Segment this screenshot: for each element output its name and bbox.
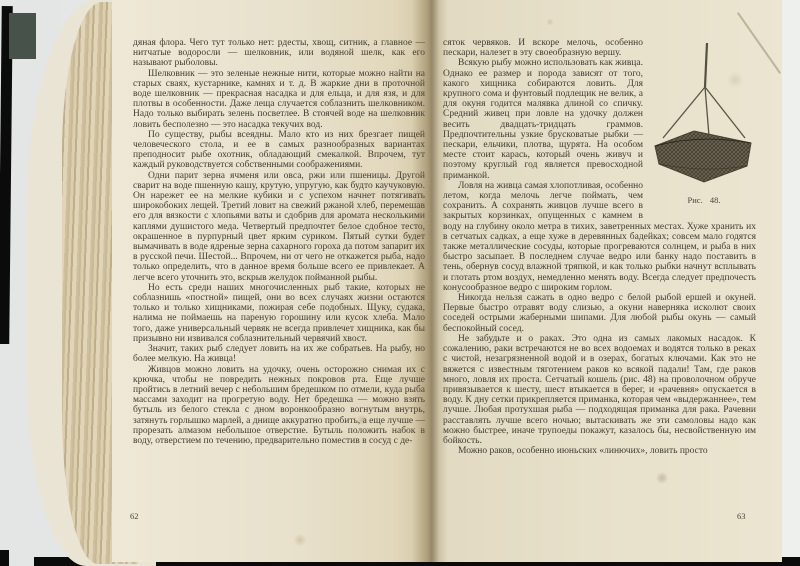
right-page-text: Рис. 48. сяток червяков. И вскоре мелочь… (443, 38, 756, 456)
scan-edge-bottom-left (0, 550, 9, 566)
left-page-text: дяная флора. Чего тут только нет: рдесты… (133, 38, 425, 446)
left-page: дяная флора. Чего тут только нет: рдесты… (112, 0, 430, 562)
paragraph: Можно раков, особенно июньских «линючих»… (443, 446, 756, 456)
gutter-shadow (412, 0, 448, 562)
page-number-right: 63 (737, 511, 746, 521)
paragraph: Но есть среди наших многочисленных рыб т… (133, 283, 425, 344)
paragraph: Значит, таких рыб следует ловить на их ж… (133, 344, 425, 364)
right-page: Рис. 48. сяток червяков. И вскоре мелочь… (430, 0, 782, 562)
paragraph: Одни парит зерна ячменя или овса, ржи ил… (133, 171, 425, 283)
paragraph: Не забудьте и о раках. Это одна из самых… (443, 334, 756, 446)
paragraph: Никогда нельзя сажать в одно ведро с бел… (443, 293, 756, 334)
paragraph: Живцов можно ловить на удочку, очень ост… (133, 365, 425, 447)
paragraph: дяная флора. Чего тут только нет: рдесты… (133, 38, 425, 69)
crayfish-trap-illustration (652, 40, 756, 192)
figure-48: Рис. 48. (652, 40, 756, 210)
scan-edge-corner (9, 13, 36, 59)
scanned-book-spread: дяная флора. Чего тут только нет: рдесты… (0, 0, 800, 566)
figure-caption: Рис. 48. (652, 195, 756, 205)
page-number-left: 62 (130, 511, 139, 521)
paragraph: Шелковник — это зеленые нежные нити, кот… (133, 69, 425, 130)
paragraph: По существу, рыбы всеядны. Мало кто из н… (133, 130, 425, 171)
